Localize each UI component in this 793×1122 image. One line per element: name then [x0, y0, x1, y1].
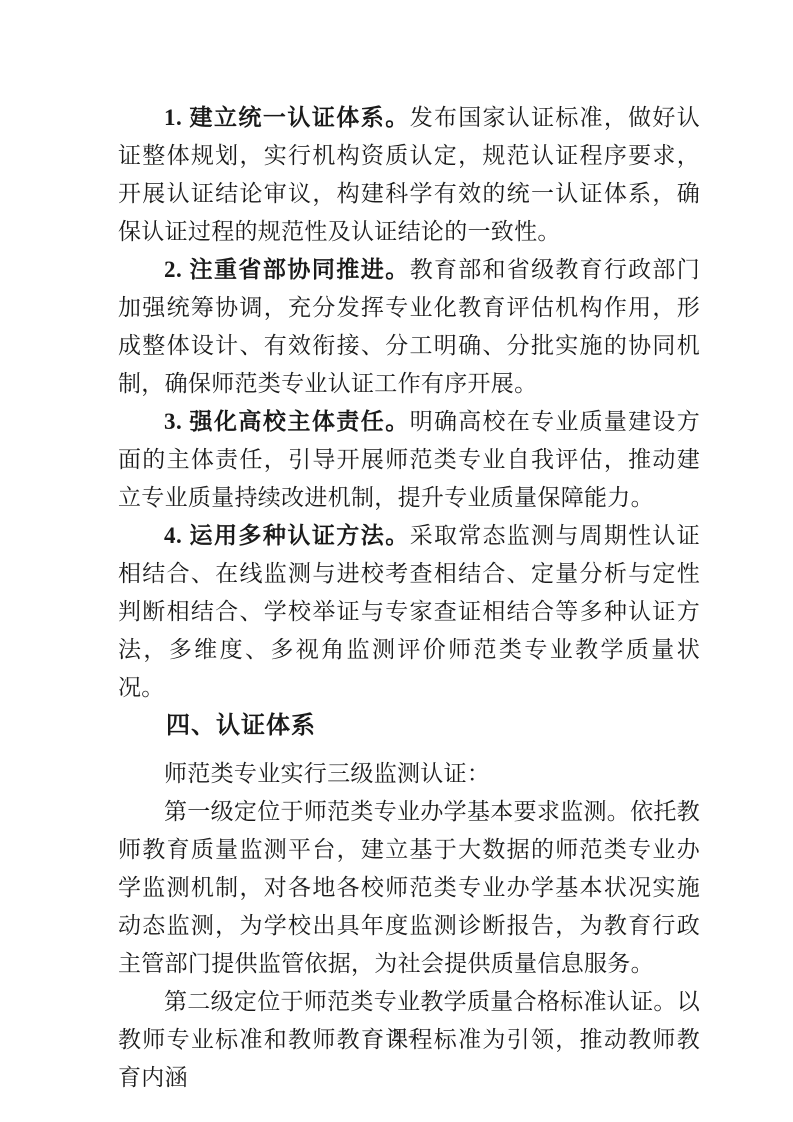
paragraph-2-lead: 2. 注重省部协同推进。: [164, 257, 410, 282]
section-heading: 四、认证体系: [118, 707, 700, 745]
paragraph-3-lead: 3. 强化高校主体责任。: [164, 409, 410, 434]
section-paragraph-2: 第一级定位于师范类专业办学基本要求监测。依托教师教育质量监测平台，建立基于大数据…: [118, 793, 700, 983]
section-paragraph-1: 师范类专业实行三级监测认证：: [118, 755, 700, 793]
paragraph-4-lead: 4. 运用多种认证方法。: [164, 523, 410, 548]
numbered-paragraph-4: 4. 运用多种认证方法。采取常态监测与周期性认证相结合、在线监测与进校考查相结合…: [118, 517, 700, 707]
paragraph-4-text: 采取常态监测与周期性认证相结合、在线监测与进校考查相结合、定量分析与定性判断相结…: [118, 523, 700, 700]
numbered-paragraph-3: 3. 强化高校主体责任。明确高校在专业质量建设方面的主体责任，引导开展师范类专业…: [118, 403, 700, 517]
page-number: - 2 -: [377, 1026, 415, 1045]
page-footer: - 2 -: [0, 1022, 793, 1050]
paragraph-1-lead: 1. 建立统一认证体系。: [164, 105, 410, 130]
document-page: 1. 建立统一认证体系。发布国家认证标准，做好认证整体规划，实行机构资质认定，规…: [0, 0, 793, 1122]
numbered-paragraph-1: 1. 建立统一认证体系。发布国家认证标准，做好认证整体规划，实行机构资质认定，规…: [118, 99, 700, 251]
numbered-paragraph-2: 2. 注重省部协同推进。教育部和省级教育行政部门加强统筹协调，充分发挥专业化教育…: [118, 251, 700, 403]
document-body: 1. 建立统一认证体系。发布国家认证标准，做好认证整体规划，实行机构资质认定，规…: [118, 99, 700, 1097]
